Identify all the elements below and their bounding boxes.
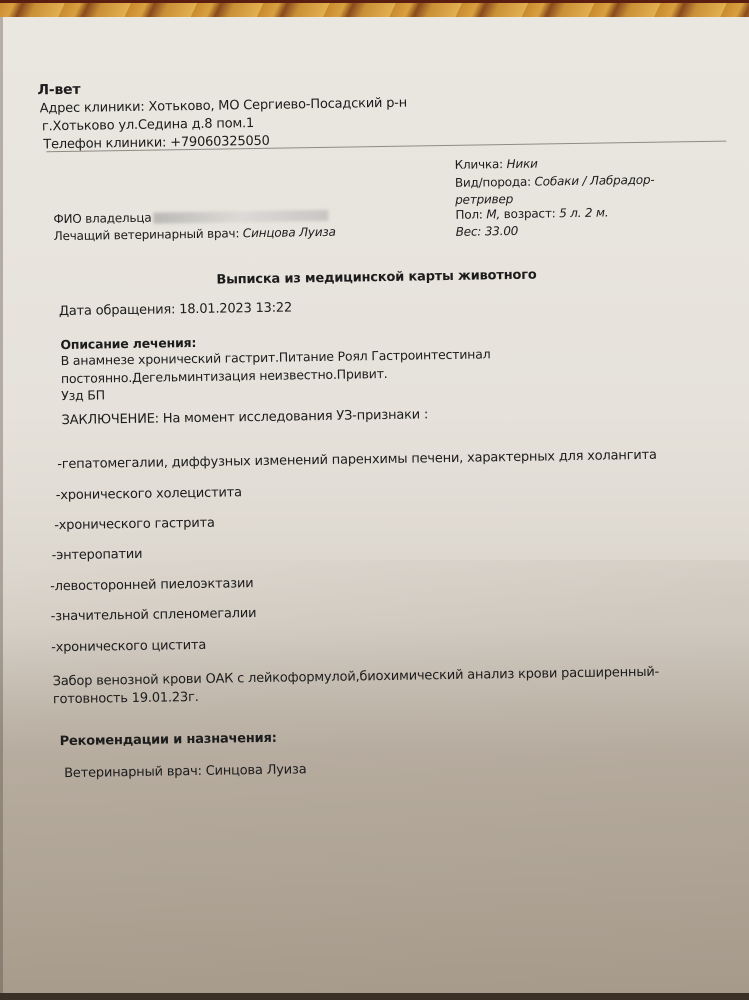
sex-label: Пол: — [455, 207, 482, 221]
species-label: Вид/порода: — [455, 175, 531, 190]
conclusion-heading: ЗАКЛЮЧЕНИЕ: На момент исследования УЗ-пр… — [61, 407, 428, 429]
finding-item: -гепатомегалии, диффузных изменений паре… — [57, 448, 657, 473]
document-title: Выписка из медицинской карты животного — [216, 268, 536, 289]
finding-item: -значительной спленомегалии — [51, 606, 257, 625]
patient-nickname: Кличка: Ники — [455, 156, 538, 173]
finding-item: -хронического гастрита — [54, 516, 215, 535]
treatment-line: Узд БП — [61, 387, 105, 404]
doctor-label: Лечащий ветеринарный врач: — [54, 226, 240, 243]
blood-test-line: Забор венозной крови ОАК с лейкоформулой… — [53, 665, 660, 691]
doctor-name: Синцова Луиза — [243, 225, 336, 240]
species-value: Собаки / Лабрадор- — [534, 173, 654, 189]
visit-date-value: 18.01.2023 13:22 — [179, 300, 292, 317]
document: Л-вет Адрес клиники: Хотьково, МО Сергие… — [0, 0, 749, 1000]
sex-value: М, — [486, 207, 500, 221]
finding-item: -энтеропатии — [52, 547, 143, 564]
vet-signature-label: Ветеринарный врач: — [64, 764, 202, 781]
weight-label: Вес: — [456, 224, 482, 238]
vet-signature-name: Синцова Луиза — [206, 762, 307, 779]
patient-species: Вид/порода: Собаки / Лабрадор- — [455, 172, 655, 191]
vet-signature: Ветеринарный врач: Синцова Луиза — [64, 762, 307, 782]
recommendations-heading: Рекомендации и назначения: — [60, 731, 277, 750]
clinic-name: Л-вет — [37, 82, 80, 99]
age-label: возраст: — [504, 206, 556, 221]
patient-weight: Вес: 33.00 — [456, 223, 519, 240]
owner-name-redacted — [153, 210, 328, 224]
finding-item: -хронического цистита — [51, 638, 206, 656]
owner-label: ФИО владельца — [53, 211, 151, 227]
finding-item: -левосторонней пиелоэктазии — [50, 576, 253, 595]
attending-doctor: Лечащий ветеринарный врач: Синцова Луиза — [54, 224, 336, 244]
weight-value: 33.00 — [485, 224, 519, 239]
finding-item: -хронического холецистита — [56, 485, 242, 504]
blood-test-line: готовность 19.01.23г. — [53, 690, 199, 708]
nickname-value: Ники — [506, 157, 537, 171]
patient-sex-age: Пол: М, возраст: 5 л. 2 м. — [455, 204, 608, 222]
table-bottom — [0, 993, 749, 1000]
visit-date: Дата обращения: 18.01.2023 13:22 — [59, 300, 292, 320]
age-value: 5 л. 2 м. — [559, 205, 608, 220]
clinic-address-line1: Адрес клиники: Хотьково, МО Сергиево-Пос… — [40, 96, 408, 118]
nickname-label: Кличка: — [455, 157, 504, 172]
clinic-address-line2: г.Хотьково ул.Седина д.8 пом.1 — [42, 116, 254, 135]
visit-date-label: Дата обращения: — [59, 302, 176, 319]
treatment-line: постоянно.Дегельминтизация неизвестно.Пр… — [61, 366, 388, 387]
